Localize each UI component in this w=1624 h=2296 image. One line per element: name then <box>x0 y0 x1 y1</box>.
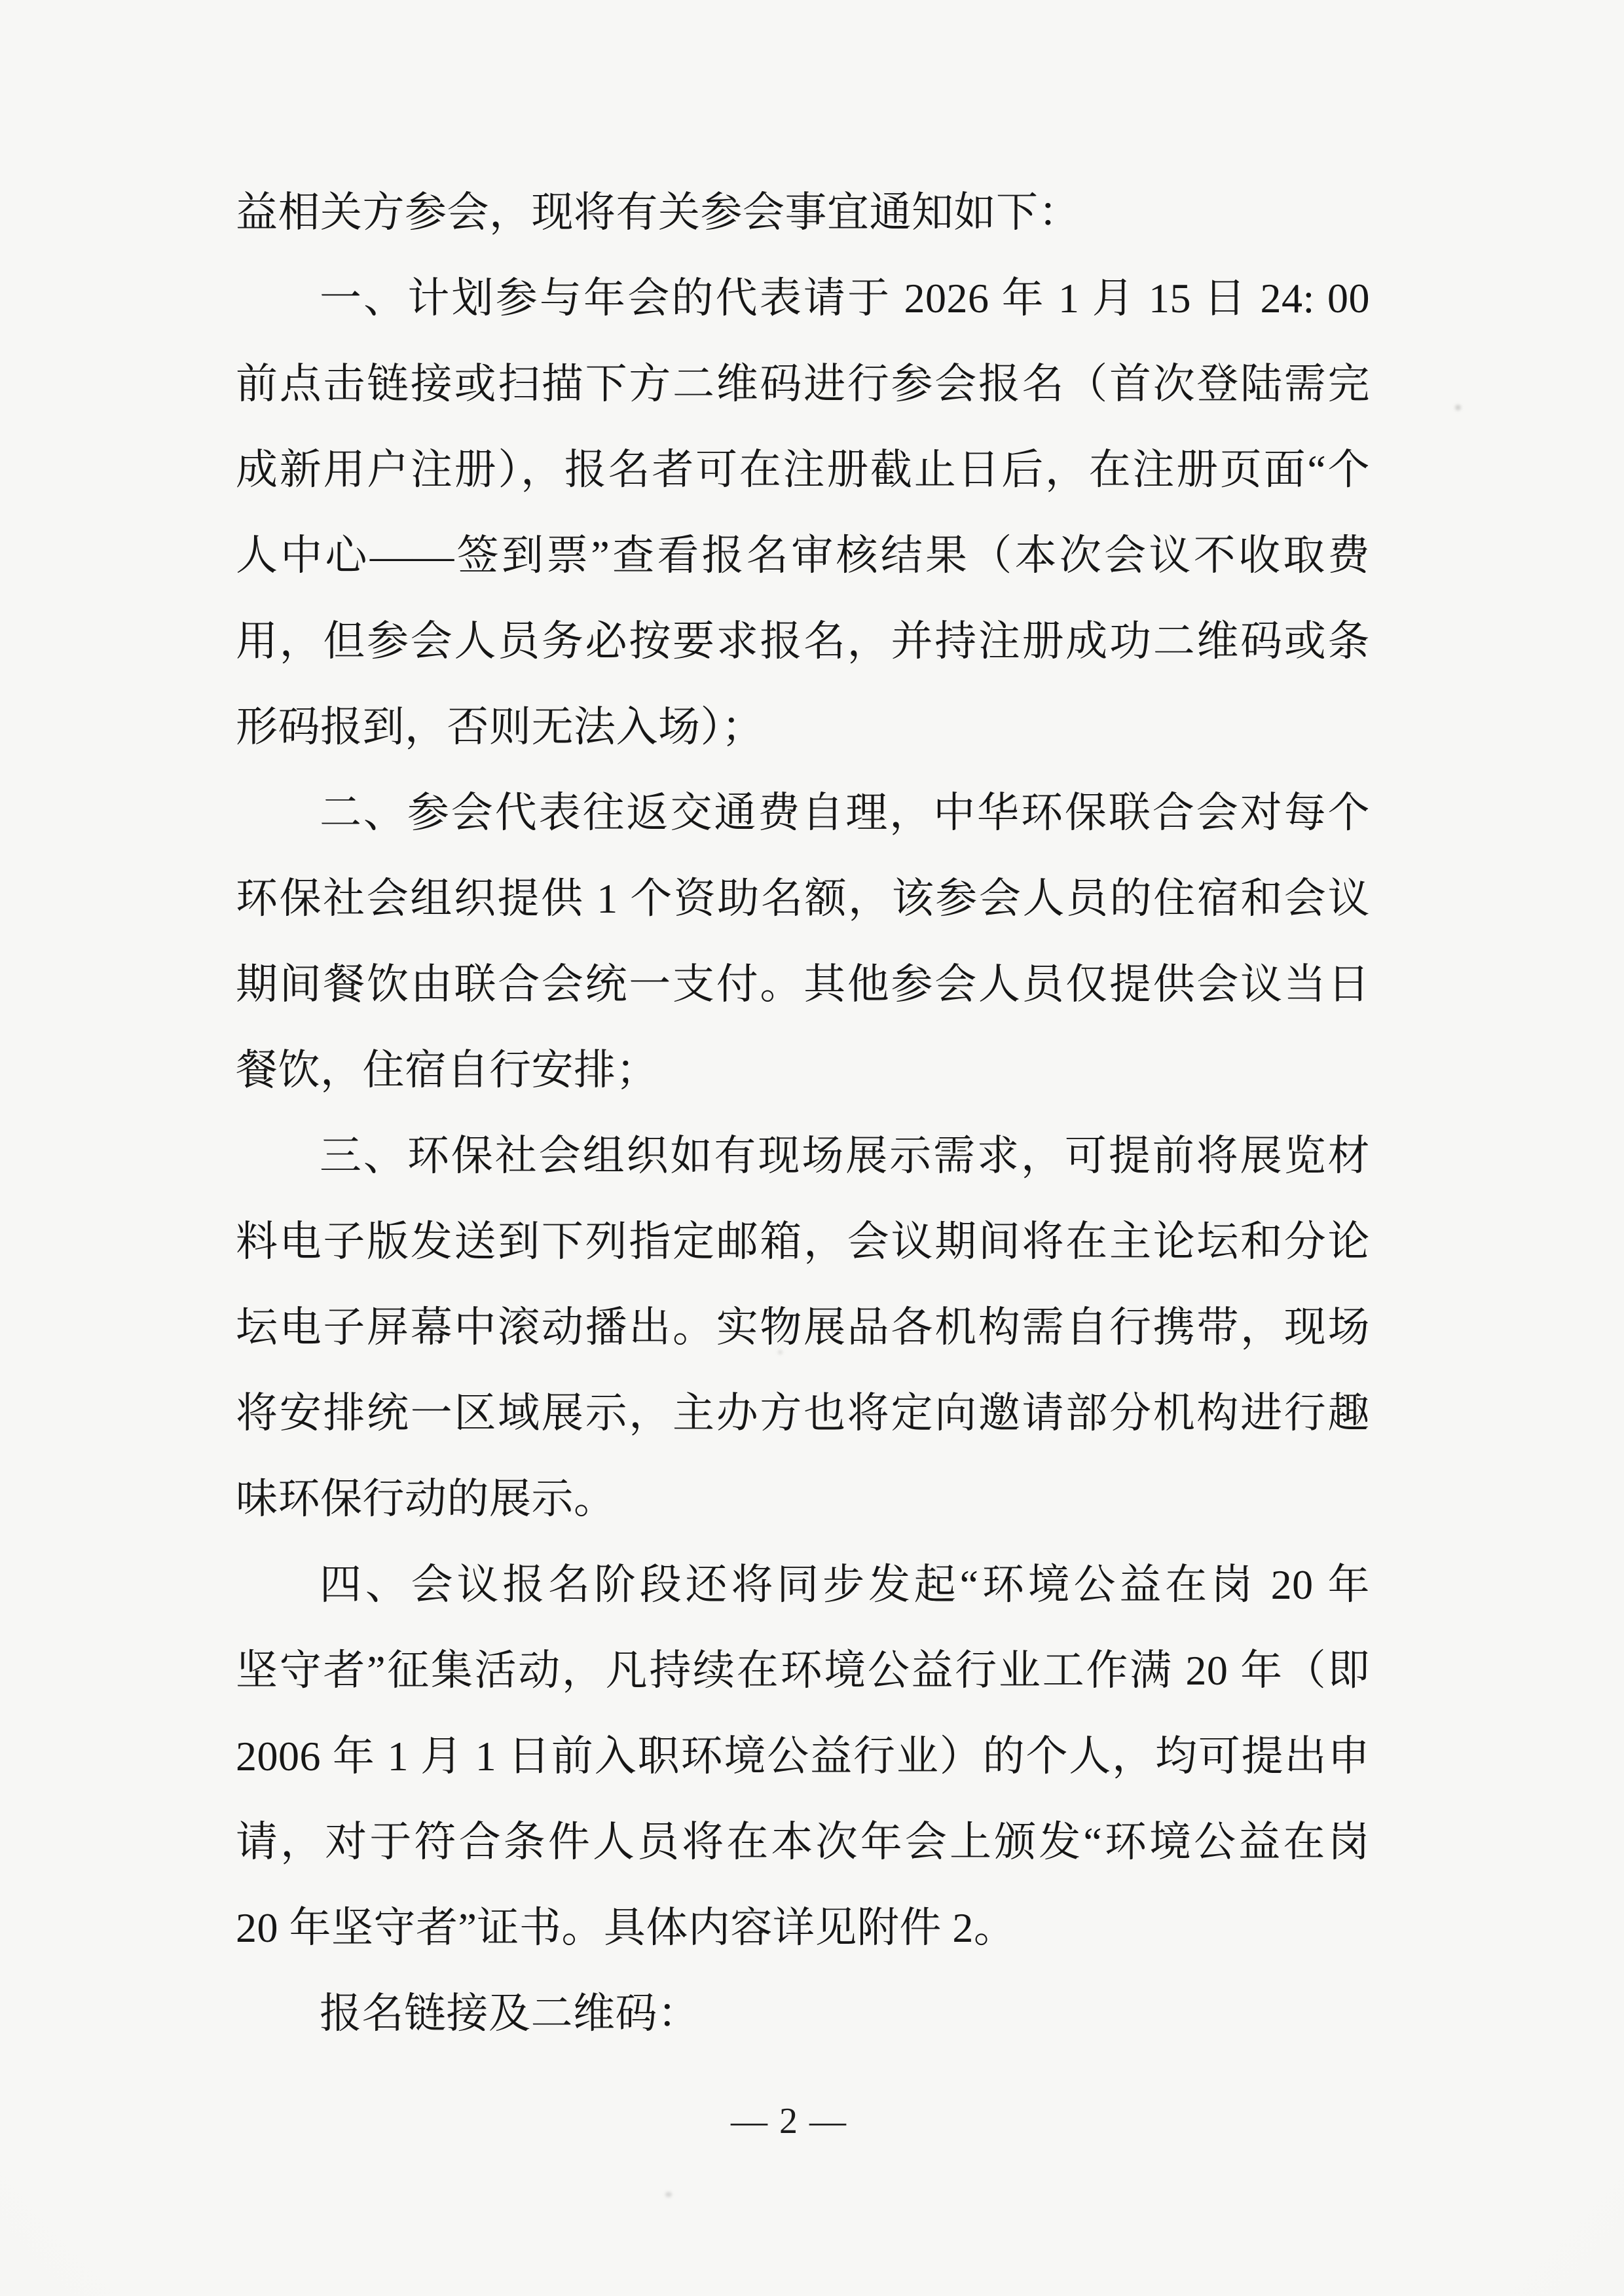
doc-line: 报名链接及二维码： <box>236 1971 1370 2056</box>
doc-line: 20 年坚守者”证书。具体内容详见附件 2。 <box>236 1885 1370 1971</box>
scan-artifact <box>665 2192 672 2197</box>
doc-line: 味环保行动的展示。 <box>236 1456 1370 1542</box>
doc-line: 四、会议报名阶段还将同步发起“环境公益在岗 20 年 <box>236 1542 1370 1628</box>
doc-line: 坚守者”征集活动，凡持续在环境公益行业工作满 20 年（即 <box>236 1628 1370 1713</box>
doc-line: 环保社会组织提供 1 个资助名额，该参会人员的住宿和会议 <box>236 856 1370 941</box>
doc-line: 用，但参会人员务必按要求报名，并持注册成功二维码或条 <box>236 598 1370 684</box>
doc-line: 料电子版发送到下列指定邮箱，会议期间将在主论坛和分论 <box>236 1199 1370 1285</box>
page-number: — 2 — <box>0 2095 1578 2147</box>
doc-line: 一、计划参与年会的代表请于 2026 年 1 月 15 日 24: 00 <box>236 255 1370 341</box>
scan-artifact <box>1455 405 1461 410</box>
doc-line: 前点击链接或扫描下方二维码进行参会报名（首次登陆需完 <box>236 341 1370 427</box>
doc-line: 二、参会代表往返交通费自理，中华环保联合会对每个 <box>236 770 1370 856</box>
doc-line: 将安排统一区域展示，主办方也将定向邀请部分机构进行趣 <box>236 1370 1370 1456</box>
doc-line: 成新用户注册），报名者可在注册截止日后，在注册页面“个 <box>236 427 1370 513</box>
doc-line: 请，对于符合条件人员将在本次年会上颁发“环境公益在岗 <box>236 1799 1370 1885</box>
document-body: 益相关方参会，现将有关参会事宜通知如下： 一、计划参与年会的代表请于 2026 … <box>236 170 1370 2056</box>
doc-line: 餐饮，住宿自行安排； <box>236 1027 1370 1113</box>
doc-line: 益相关方参会，现将有关参会事宜通知如下： <box>236 170 1370 255</box>
scanned-document-page: 益相关方参会，现将有关参会事宜通知如下： 一、计划参与年会的代表请于 2026 … <box>0 0 1624 2296</box>
doc-line: 坛电子屏幕中滚动播出。实物展品各机构需自行携带，现场 <box>236 1285 1370 1370</box>
doc-line: 三、环保社会组织如有现场展示需求，可提前将展览材 <box>236 1113 1370 1199</box>
doc-line: 人中心——签到票”查看报名审核结果（本次会议不收取费 <box>236 513 1370 598</box>
doc-line: 期间餐饮由联合会统一支付。其他参会人员仅提供会议当日 <box>236 941 1370 1027</box>
doc-line: 2006 年 1 月 1 日前入职环境公益行业）的个人，均可提出申 <box>236 1713 1370 1799</box>
doc-line: 形码报到，否则无法入场）； <box>236 684 1370 770</box>
